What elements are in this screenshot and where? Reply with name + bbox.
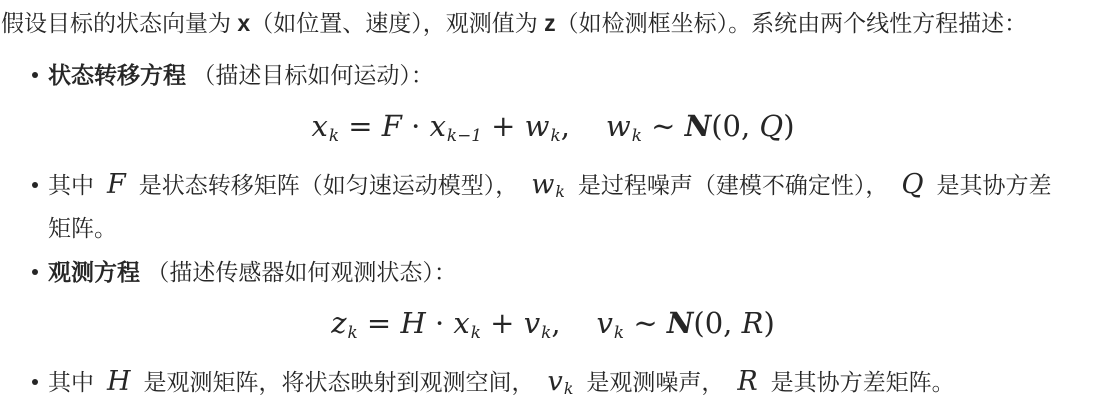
math-operator: · xyxy=(402,109,430,143)
text-run: （如检测框坐标）。系统由两个线性方程描述： xyxy=(556,10,1028,36)
math-operator: + xyxy=(481,306,524,340)
math-variable: vk xyxy=(597,306,625,340)
math-subscript: k−1 xyxy=(447,125,482,145)
math-variable: R xyxy=(737,366,757,397)
text-run: 是其协方差矩阵。 xyxy=(771,369,955,395)
math-operator: (0, xyxy=(693,306,741,340)
math-operator: , xyxy=(551,306,560,340)
math-variable: Q xyxy=(901,169,923,200)
math-subscript: k xyxy=(329,125,339,145)
text-run: （描述目标如何运动）： xyxy=(186,62,434,88)
math-subscript: k xyxy=(348,322,358,342)
observation-equation: zk = H · xk + vk,vk ∼ N(0, R) xyxy=(1,300,1105,350)
text-run: 是观测矩阵，将状态映射到观测空间， xyxy=(144,369,535,395)
text-run: 是过程噪声（建模不确定性）， xyxy=(578,172,889,198)
bullet-text: 观测方程 （描述传感器如何观测状态）： xyxy=(48,259,457,285)
bullet-text: 状态转移方程 （描述目标如何运动）： xyxy=(48,62,434,88)
math-subscript: k xyxy=(564,379,574,398)
bullet-state-transition-heading: 状态转移方程 （描述目标如何运动）： xyxy=(1,55,1105,95)
math-variable: wk xyxy=(525,109,561,143)
text-run: 其中 xyxy=(48,172,94,198)
bullet-observation-note: 其中H是观测矩阵，将状态映射到观测空间，vk是观测噪声，R是其协方差矩阵。 xyxy=(1,362,1105,402)
text-run: 是状态转移矩阵（如匀速运动模型）， xyxy=(139,172,519,198)
math-operator: ) xyxy=(783,109,794,143)
math-variable: vk xyxy=(548,366,574,397)
bold-text: z xyxy=(544,10,556,36)
math-variable: wk xyxy=(606,109,642,143)
state-transition-equation: xk = F · xk−1 + wk,wk ∼ N(0, Q) xyxy=(1,103,1105,153)
math-operator: ) xyxy=(763,306,774,340)
math-variable: F xyxy=(107,169,126,200)
math-operator: ∼ xyxy=(642,109,685,143)
bold-text: 观测方程 xyxy=(48,259,140,285)
bullet-text: 其中H是观测矩阵，将状态映射到观测空间，vk是观测噪声，R是其协方差矩阵。 xyxy=(48,369,955,395)
bullet-icon xyxy=(32,269,38,275)
math-variable: R xyxy=(742,306,764,340)
math-subscript: k xyxy=(471,322,481,342)
math-subscript: k xyxy=(555,182,565,201)
math-operator: ∼ xyxy=(624,306,667,340)
math-subscript: k xyxy=(541,322,551,342)
intro-paragraph: 假设目标的状态向量为 x（如位置、速度），观测值为 z（如检测框坐标）。系统由两… xyxy=(1,8,1105,39)
bullet-icon xyxy=(32,72,38,78)
math-operator: · xyxy=(426,306,454,340)
math-variable: wk xyxy=(531,169,565,200)
text-run: 矩阵。 xyxy=(48,215,117,241)
math-script-letter: N xyxy=(685,109,712,143)
bullet-icon xyxy=(32,379,38,385)
text-run: 其中 xyxy=(48,369,94,395)
math-variable: vk xyxy=(524,306,552,340)
math-subscript: k xyxy=(550,125,560,145)
math-variable: H xyxy=(107,366,131,397)
math-operator: + xyxy=(482,109,525,143)
math-variable: F xyxy=(382,109,402,143)
math-operator: = xyxy=(339,109,382,143)
math-subscript: k xyxy=(632,125,642,145)
math-operator: (0, xyxy=(711,109,759,143)
bullet-text: 其中F是状态转移矩阵（如匀速运动模型），wk是过程噪声（建模不确定性），Q是其协… xyxy=(48,172,1052,241)
math-variable: Q xyxy=(759,109,783,143)
math-operator: , xyxy=(561,109,570,143)
bold-text: x xyxy=(237,10,250,36)
text-run: （如位置、速度），观测值为 xyxy=(250,10,544,36)
bold-text: 状态转移方程 xyxy=(48,62,186,88)
bullet-list: 状态转移方程 （描述目标如何运动）： xk = F · xk−1 + wk,wk… xyxy=(1,55,1105,402)
math-script-letter: N xyxy=(667,306,694,340)
bullet-observation-heading: 观测方程 （描述传感器如何观测状态）： xyxy=(1,252,1105,292)
math-variable: xk xyxy=(311,109,339,143)
math-variable: H xyxy=(400,306,425,340)
math-variable: xk xyxy=(453,306,481,340)
math-subscript: k xyxy=(614,322,624,342)
text-run: 是其协方差 xyxy=(937,172,1052,198)
bullet-state-transition-note: 其中F是状态转移矩阵（如匀速运动模型），wk是过程噪声（建模不确定性），Q是其协… xyxy=(1,165,1105,248)
bullet-icon xyxy=(32,182,38,188)
text-run: 是观测噪声， xyxy=(586,369,724,395)
text-run: （描述传感器如何观测状态）： xyxy=(140,259,457,285)
math-variable: xk−1 xyxy=(430,109,482,143)
text-run: 假设目标的状态向量为 xyxy=(1,10,237,36)
math-variable: zk xyxy=(331,306,357,340)
math-operator: = xyxy=(358,306,401,340)
